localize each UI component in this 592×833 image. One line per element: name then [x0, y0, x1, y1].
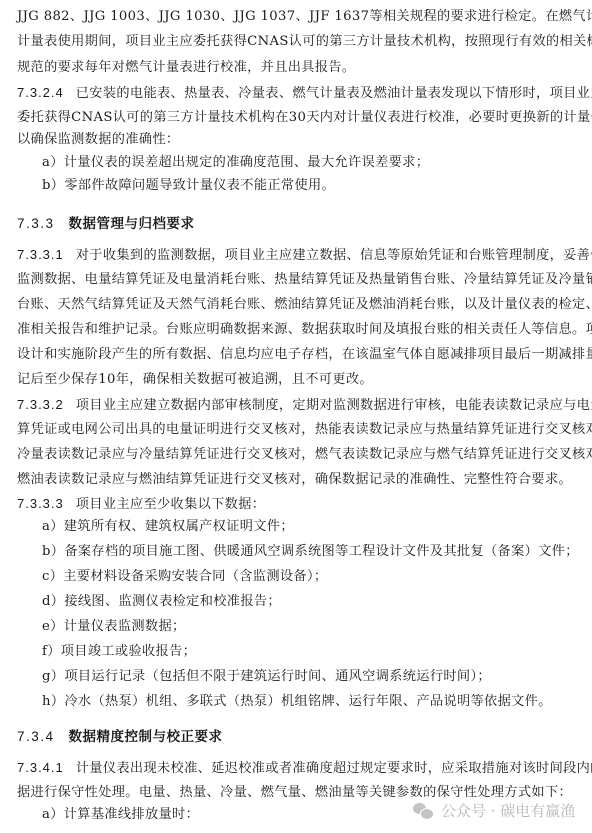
paragraph-line: 台账、天然气结算凭证及天然气消耗台账、燃油结算凭证及燃油消耗台账，以及计量仪表的… — [17, 296, 592, 314]
paragraph-line: 记后至少保存10年，确保相关数据可被追溯，且不可更改。 — [17, 371, 373, 389]
paragraph-line: 委托获得CNAS认可的第三方计量技术机构在30天内对计量仪表进行校准，必要时更换… — [17, 109, 592, 127]
paragraph-line: 以确保监测数据的准确性： — [17, 131, 179, 149]
list-item: g）项目运行记录（包括但不限于建筑运行时间、通风空调系统运行时间）； — [42, 668, 491, 686]
clause-7-3-2-4: 7.3.2.4已安装的电能表、热量表、冷量表、燃气计量表及燃油计量表发现以下情形… — [17, 84, 592, 103]
paragraph-line: 燃油表读数记录应与燃油结算凭证进行交叉核对，确保数据记录的准确性、完整性符合要求… — [17, 471, 572, 489]
clause-text: 对于收集到的监测数据，项目业主应建立数据、信息等原始凭证和台账管理制度，妥善保管 — [76, 248, 592, 263]
wechat-icon — [413, 803, 435, 819]
paragraph-line: 监测数据、电量结算凭证及电量消耗台账、热量结算凭证及热量销售台账、冷量结算凭证及… — [17, 271, 592, 289]
list-item: h）冷水（热泵）机组、多联式（热泵）机组铭牌、运行年限、产品说明等依据文件。 — [42, 693, 552, 711]
heading-title: 数据精度控制与校正要求 — [69, 729, 223, 744]
paragraph-line: 计量表使用期间，项目业主应委托获得CNAS认可的第三方计量技术机构，按照现行有效… — [17, 33, 592, 51]
list-item: f）项目竣工或验收报告； — [42, 643, 196, 661]
list-item: a）计算基准线排放量时： — [42, 806, 199, 824]
paragraph-line: 设计和实施阶段产生的所有数据、信息均应电子存档，在该温室气体自愿减排项目最后一期… — [17, 346, 592, 364]
clause-text: 项目业主应建立数据内部审核制度，定期对监测数据进行审核，电能表读数记录应与电量结 — [76, 398, 592, 413]
clause-number: 7.3.3.3 — [17, 496, 64, 511]
clause-number: 7.3.3.1 — [17, 247, 64, 262]
clause-text: 项目业主应至少收集以下数据： — [76, 497, 266, 512]
section-heading-7-3-4: 7.3.4数据精度控制与校正要求 — [17, 728, 223, 746]
paragraph-line: 准相关报告和维护记录。台账应明确数据来源、数据获取时间及填报台账的相关责任人等信… — [17, 321, 592, 339]
clause-7-3-3-3: 7.3.3.3项目业主应至少收集以下数据： — [17, 495, 265, 514]
list-item: a）计量仪表的误差超出规定的准确度范围、最大允许误差要求； — [42, 154, 429, 172]
clause-text: 已安装的电能表、热量表、冷量表、燃气计量表及燃油计量表发现以下情形时，项目业主应 — [76, 86, 592, 101]
clause-text: 计量仪表出现未校准、延迟校准或者准确度超过规定要求时，应采取措施对该时间段内的数 — [76, 761, 592, 776]
clause-7-3-4-1: 7.3.4.1计量仪表出现未校准、延迟校准或者准确度超过规定要求时，应采取措施对… — [17, 759, 592, 778]
paragraph-line: 算凭证或电网公司出具的电量证明进行交叉核对，热能表读数记录应与热量结算凭证进行交… — [17, 421, 592, 439]
heading-title: 数据管理与归档要求 — [69, 216, 195, 231]
watermark: 公众号 · 碳电有赢渔 — [413, 800, 575, 821]
clause-number: 7.3.2.4 — [17, 85, 64, 100]
paragraph-line: 冷量表读数记录应与冷量结算凭证进行交叉核对，燃气表读数记录应与燃气结算凭证进行交… — [17, 446, 592, 464]
clause-7-3-3-1: 7.3.3.1对于收集到的监测数据，项目业主应建立数据、信息等原始凭证和台账管理… — [17, 246, 592, 265]
clause-number: 7.3.3.2 — [17, 397, 64, 412]
list-item: b）备案存档的项目施工图、供暖通风空调系统图等工程设计文件及其批复（备案）文件； — [42, 543, 579, 561]
list-item: a）建筑所有权、建筑权属产权证明文件； — [42, 518, 294, 536]
paragraph-line: JJG 882、JJG 1003、JJG 1030、JJG 1037、JJF 1… — [17, 8, 592, 26]
list-item: b）零部件故障问题导致计量仪表不能正常使用。 — [42, 177, 335, 195]
clause-7-3-3-2: 7.3.3.2项目业主应建立数据内部审核制度，定期对监测数据进行审核，电能表读数… — [17, 396, 592, 415]
clause-number: 7.3.4.1 — [17, 760, 64, 775]
list-item: d）接线图、监测仪表检定和校准报告； — [42, 593, 281, 611]
watermark-text: 公众号 · 碳电有赢渔 — [441, 800, 575, 821]
heading-number: 7.3.4 — [17, 729, 55, 744]
list-item: e）计量仪表监测数据； — [42, 618, 186, 636]
paragraph-line: 规范的要求每年对燃气计量表进行校准，并且出具报告。 — [17, 59, 355, 77]
section-heading-7-3-3: 7.3.3数据管理与归档要求 — [17, 215, 195, 233]
list-item: c）主要材料设备采购安装合同（含监测设备）； — [42, 568, 327, 586]
heading-number: 7.3.3 — [17, 216, 55, 231]
